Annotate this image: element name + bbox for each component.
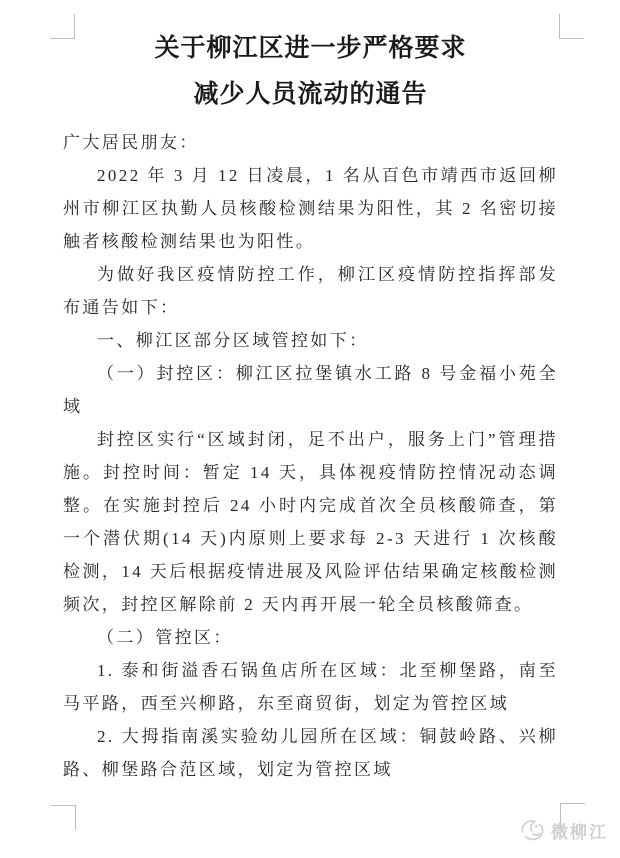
salutation-paragraph: 广大居民朋友：: [63, 126, 558, 159]
notice-title-line-2: 减少人员流动的通告: [63, 72, 558, 118]
document-page: 关于柳江区进一步严格要求 减少人员流动的通告 广大居民朋友： 2022 年 3 …: [0, 0, 620, 858]
paragraph-section-1-heading: 一、柳江区部分区域管控如下：: [63, 324, 558, 357]
paragraph-control-zone-area-1: 1. 泰和街溢香石锅鱼店所在区域：北至柳堡路，南至马平路，西至兴柳路，东至商贸街…: [63, 654, 558, 720]
watermark: 微柳江: [518, 815, 608, 845]
paragraph-sealed-zone: （一）封控区：柳江区拉堡镇水工路 8 号金福小苑全域: [63, 357, 558, 423]
paragraph-case-report: 2022 年 3 月 12 日凌晨，1 名从百色市靖西市返回柳州市柳江区执勤人员…: [63, 159, 558, 258]
notice-text: 广大居民朋友： 2022 年 3 月 12 日凌晨，1 名从百色市靖西市返回柳州…: [63, 126, 558, 786]
paragraph-sealed-zone-measures: 封控区实行“区域封闭，足不出户，服务上门”管理措施。封控时间：暂定 14 天，具…: [63, 423, 558, 621]
document-body: 关于柳江区进一步严格要求 减少人员流动的通告 广大居民朋友： 2022 年 3 …: [63, 26, 558, 786]
text-boundary-mark-top-right: [559, 14, 584, 39]
paragraph-announcement-intro: 为做好我区疫情防控工作，柳江区疫情防控指挥部发布通告如下：: [63, 258, 558, 324]
text-boundary-mark-bottom-left: [51, 805, 76, 830]
swallow-logo-icon: [518, 815, 548, 845]
paragraph-control-zone-heading: （二）管控区：: [63, 621, 558, 654]
paragraph-control-zone-area-2: 2. 大拇指南溪实验幼儿园所在区域：铜鼓岭路、兴柳路、柳堡路合范区域，划定为管控…: [63, 720, 558, 786]
notice-title: 关于柳江区进一步严格要求 减少人员流动的通告: [63, 26, 558, 118]
watermark-text: 微柳江: [551, 818, 608, 843]
notice-title-line-1: 关于柳江区进一步严格要求: [63, 26, 558, 72]
